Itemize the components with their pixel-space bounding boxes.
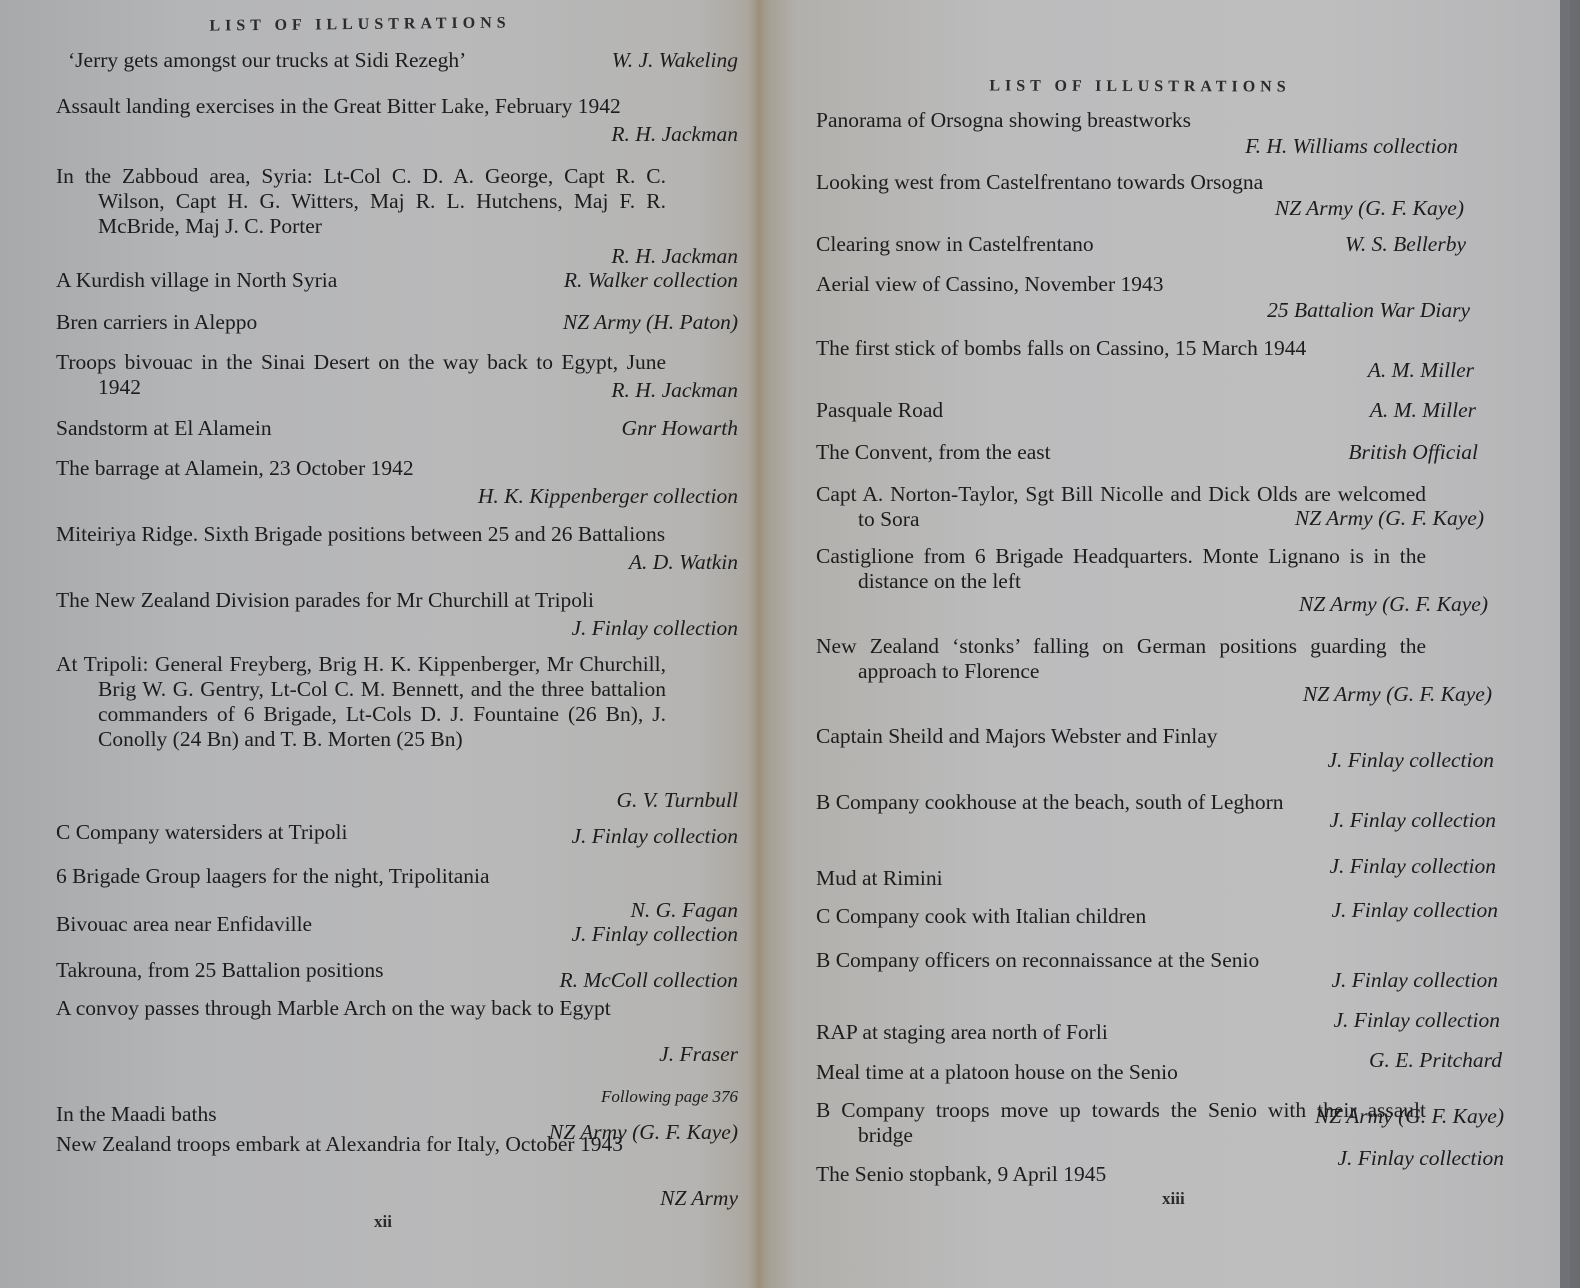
page-number: xiii (1162, 1189, 1185, 1209)
list-item: Bren carriers in Aleppo NZ Army (H. Pato… (56, 310, 738, 335)
list-item: Castiglione from 6 Brigade Headquarters.… (816, 544, 1496, 594)
list-item: ‘Jerry gets amongst our trucks at Sidi R… (56, 48, 738, 73)
list-item: The barrage at Alamein, 23 October 1942 … (56, 456, 738, 481)
credit: R. H. Jackman (611, 244, 738, 269)
list-item: The New Zealand Division parades for Mr … (56, 588, 738, 613)
list-item: Capt A. Norton-Taylor, Sgt Bill Nicolle … (816, 482, 1496, 532)
caption: The Convent, from the east (816, 440, 1426, 465)
list-item: Bivouac area near Enfidaville J. Finlay … (56, 912, 738, 937)
list-item: Panorama of Orsogna showing breastworks … (816, 108, 1496, 133)
caption: The Senio stopbank, 9 April 1945 (816, 1162, 1426, 1187)
list-item: C Company watersiders at Tripoli J. Finl… (56, 820, 738, 845)
list-item: Following page 376 In the Maadi baths NZ… (56, 1092, 738, 1127)
caption: 6 Brigade Group laagers for the night, T… (56, 864, 666, 889)
caption: New Zealand troops embark at Alexandria … (56, 1132, 666, 1157)
list-item: Clearing snow in Castelfrentano W. S. Be… (816, 232, 1496, 257)
list-item: Troops bivouac in the Sinai Desert on th… (56, 350, 738, 400)
caption: ‘Jerry gets amongst our trucks at Sidi R… (56, 48, 636, 73)
caption: Pasquale Road (816, 398, 1426, 423)
list-item: The Senio stopbank, 9 April 1945 J. Finl… (816, 1162, 1496, 1187)
list-item: New Zealand troops embark at Alexandria … (56, 1132, 738, 1157)
credit: J. Finlay collection (1329, 808, 1496, 833)
caption: Assault landing exercises in the Great B… (56, 94, 666, 119)
credit: A. M. Miller (1370, 398, 1476, 423)
caption: Troops bivouac in the Sinai Desert on th… (56, 350, 666, 400)
caption: A convoy passes through Marble Arch on t… (56, 996, 666, 1021)
credit: R. McColl collection (559, 968, 738, 993)
caption: In the Zabboud area, Syria: Lt-Col C. D.… (56, 164, 666, 239)
credit: J. Finlay collection (1331, 968, 1498, 993)
list-item: 6 Brigade Group laagers for the night, T… (56, 864, 738, 889)
credit: J. Finlay collection (571, 824, 738, 849)
caption: Castiglione from 6 Brigade Headquarters.… (816, 544, 1426, 594)
credit: W. J. Wakeling (612, 48, 738, 73)
list-item: The Convent, from the east British Offic… (816, 440, 1496, 465)
caption: The barrage at Alamein, 23 October 1942 (56, 456, 666, 481)
list-item: Captain Sheild and Majors Webster and Fi… (816, 724, 1496, 749)
credit: NZ Army (H. Paton) (563, 310, 738, 335)
credit: J. Finlay collection (571, 616, 738, 641)
caption: At Tripoli: General Freyberg, Brig H. K.… (56, 652, 666, 752)
credit: J. Finlay collection (1329, 854, 1496, 879)
caption: B Company cookhouse at the beach, south … (816, 790, 1378, 815)
list-item: B Company cookhouse at the beach, south … (816, 790, 1496, 815)
credit: G. V. Turnbull (617, 788, 738, 813)
list-item: New Zealand ‘stonks’ falling on German p… (816, 634, 1496, 684)
credit: NZ Army (G. F. Kaye) (1295, 506, 1484, 531)
list-item: The first stick of bombs falls on Cassin… (816, 336, 1496, 361)
list-item: B Company troops move up towards the Sen… (816, 1098, 1496, 1148)
credit: J. Finlay collection (1337, 1146, 1504, 1171)
list-item: B Company officers on reconnaissance at … (816, 948, 1496, 973)
credit: NZ Army (660, 1186, 738, 1211)
credit: R. Walker collection (564, 268, 738, 293)
list-item: Sandstorm at El Alamein Gnr Howarth (56, 416, 738, 441)
credit: R. H. Jackman (611, 378, 738, 403)
credit: NZ Army (G. F. Kaye) (1299, 592, 1488, 617)
list-item: Takrouna, from 25 Battalion positions R.… (56, 958, 738, 983)
credit: Gnr Howarth (622, 416, 738, 441)
credit: H. K. Kippenberger collection (478, 484, 738, 509)
running-head: List of Illustrations (810, 77, 1470, 97)
list-item: Aerial view of Cassino, November 1943 25… (816, 272, 1496, 297)
credit: F. H. Williams collection (1245, 134, 1458, 159)
caption: Meal time at a platoon house on the Seni… (816, 1060, 1426, 1085)
list-item: Looking west from Castelfrentano towards… (816, 170, 1496, 195)
list-item: C Company cook with Italian children J. … (816, 904, 1496, 929)
page-number: xii (374, 1212, 392, 1232)
section-note: Following page 376 (601, 1084, 738, 1109)
credit: J. Fraser (659, 1042, 738, 1067)
credit: A. D. Watkin (629, 550, 738, 575)
list-item: At Tripoli: General Freyberg, Brig H. K.… (56, 652, 738, 752)
caption: The New Zealand Division parades for Mr … (56, 588, 666, 613)
credit: W. S. Bellerby (1345, 232, 1466, 257)
list-item: Assault landing exercises in the Great B… (56, 94, 738, 119)
credit: NZ Army (G. F. Kaye) (1275, 196, 1464, 221)
caption: Looking west from Castelfrentano towards… (816, 170, 1426, 195)
caption: Sandstorm at El Alamein (56, 416, 666, 441)
caption: Panorama of Orsogna showing breastworks (816, 108, 1426, 133)
credit: J. Finlay collection (1333, 1008, 1500, 1033)
list-item: RAP at staging area north of Forli J. Fi… (816, 1020, 1496, 1045)
list-item: Miteiriya Ridge. Sixth Brigade positions… (56, 522, 738, 547)
caption: Captain Sheild and Majors Webster and Fi… (816, 724, 1426, 749)
caption: The first stick of bombs falls on Cassin… (816, 336, 1426, 361)
credit: R. H. Jackman (611, 122, 738, 147)
book-spread: List of Illustrations ‘Jerry gets amongs… (0, 0, 1580, 1288)
credit: 25 Battalion War Diary (1267, 298, 1470, 323)
list-item: A Kurdish village in North Syria R. Walk… (56, 268, 738, 293)
list-item: In the Zabboud area, Syria: Lt-Col C. D.… (56, 164, 738, 239)
credit: NZ Army (G. F. Kaye) (1315, 1104, 1504, 1129)
book-gutter (748, 0, 770, 1288)
credit: J. Finlay collection (1331, 898, 1498, 923)
credit: A. M. Miller (1368, 358, 1474, 383)
credit: British Official (1348, 440, 1478, 465)
credit: G. E. Pritchard (1369, 1048, 1502, 1073)
caption: Clearing snow in Castelfrentano (816, 232, 1426, 257)
caption: Aerial view of Cassino, November 1943 (816, 272, 1426, 297)
credit: J. Finlay collection (1327, 748, 1494, 773)
caption: Miteiriya Ridge. Sixth Brigade positions… (56, 522, 666, 547)
list-item: Meal time at a platoon house on the Seni… (816, 1060, 1496, 1085)
list-item: Mud at Rimini J. Finlay collection (816, 866, 1496, 891)
credit: J. Finlay collection (571, 922, 738, 947)
credit: NZ Army (G. F. Kaye) (1303, 682, 1492, 707)
list-item: Pasquale Road A. M. Miller (816, 398, 1496, 423)
list-item: A convoy passes through Marble Arch on t… (56, 996, 738, 1021)
caption: New Zealand ‘stonks’ falling on German p… (816, 634, 1426, 684)
